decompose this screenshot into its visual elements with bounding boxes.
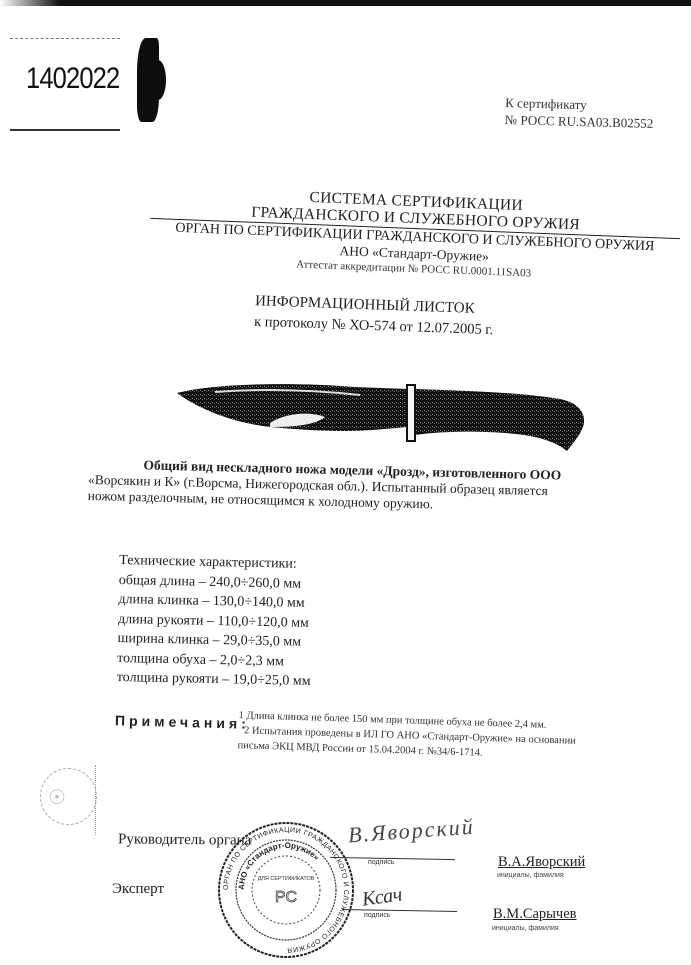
signature-caption: подпись (364, 912, 390, 919)
description-paragraph: Общий вид нескладного ножа модели «Дрозд… (87, 456, 663, 518)
faint-logo-icon: ☉ (48, 785, 66, 810)
certificate-reference: К сертификату № РОСС RU.SA03.B02552 (505, 94, 654, 132)
scan-top-border-fade (0, 0, 60, 6)
name-caption: инициалы, фамилия (497, 872, 564, 879)
protocol-reference: к протоколу № ХО-574 от 12.07.2005 г. (254, 314, 494, 339)
technical-specs: Технические характеристики: общая длина … (117, 551, 314, 692)
certificate-number: № РОСС RU.SA03.B02552 (505, 111, 654, 132)
signature-caption: подпись (368, 859, 394, 866)
svg-text:ДЛЯ СЕРТИФИКАТОВ: ДЛЯ СЕРТИФИКАТОВ (258, 876, 315, 882)
signature-line (342, 909, 457, 912)
expert-signature: Ксач (361, 883, 404, 911)
scan-top-border (0, 0, 691, 6)
official-seal-icon: ОРГАН ПО СЕРТИФИКАЦИИ ГРАЖДАНСКОГО И СЛУ… (216, 820, 356, 960)
document-header: СИСТЕМА СЕРТИФИКАЦИИ ГРАЖДАНСКОГО И СЛУЖ… (149, 183, 682, 286)
head-signature: В.Яворский (347, 814, 475, 849)
ink-blot (150, 60, 166, 100)
knife-image (175, 365, 595, 465)
role-expert: Эксперт (112, 881, 164, 898)
notes-list: 1 Длина клинка не более 150 мм при толщи… (237, 708, 678, 767)
faint-border-mark (95, 765, 98, 835)
svg-text:АНО «Стандарт-Оружие»: АНО «Стандарт-Оружие» (237, 841, 321, 890)
expert-name: В.М.Сарычев (493, 906, 577, 923)
svg-text:РС: РС (275, 889, 297, 906)
name-caption: инициалы, фамилия (492, 925, 559, 932)
notes-label: Примечания: (115, 712, 250, 732)
spec-handle-thickness: толщина рукояти – 19,0÷25,0 мм (117, 668, 311, 692)
head-name: В.А.Яворский (498, 854, 585, 871)
registration-number: 1402022 (26, 62, 119, 96)
